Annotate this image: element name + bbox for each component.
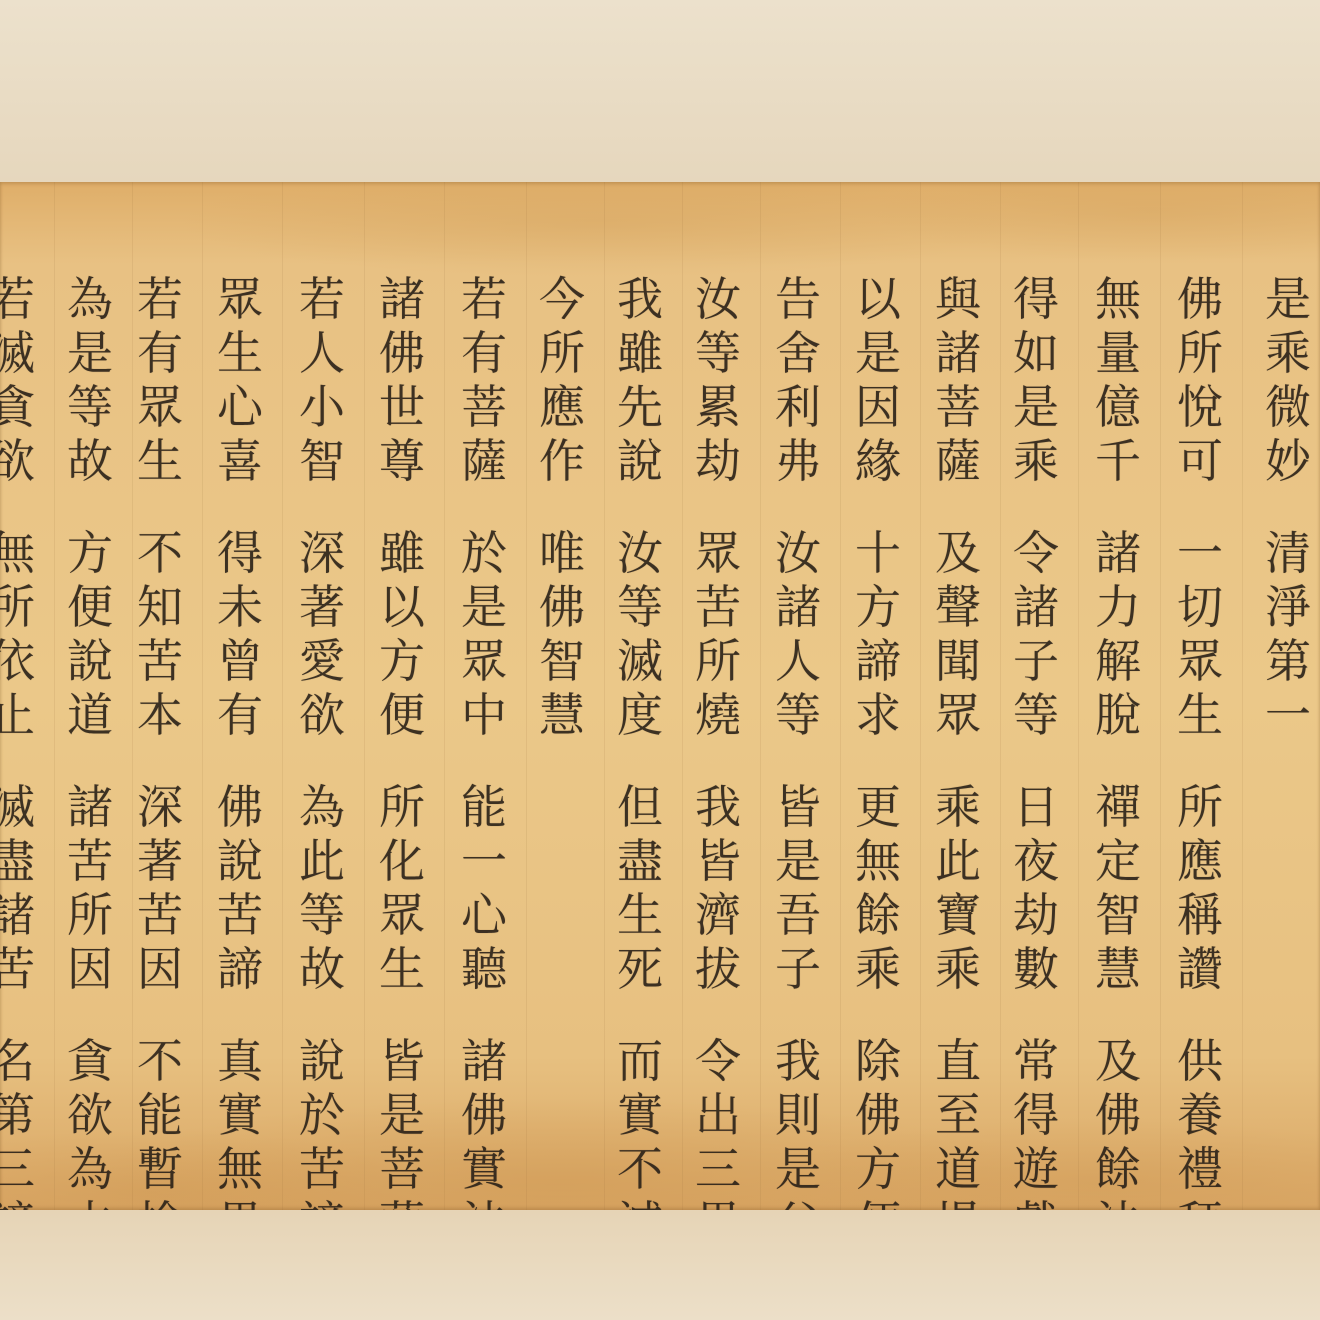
verse-phrase: 汝諸人等 [775, 526, 821, 742]
calligraphy-character: 依 [0, 634, 35, 688]
calligraphy-character: 方 [855, 580, 901, 634]
calligraphy-character: 諸 [379, 272, 425, 326]
calligraphy-character: 累 [695, 380, 741, 434]
calligraphy-character: 微 [1265, 380, 1311, 434]
calligraphy-character: 生 [1177, 688, 1223, 742]
verse-phrase: 雖以方便 [379, 526, 425, 742]
scroll-mount-top [0, 0, 1320, 182]
calligraphy-character: 第 [0, 1088, 35, 1142]
calligraphy-character: 智 [539, 634, 585, 688]
calligraphy-character: 佛 [1177, 272, 1223, 326]
verse-phrase: 告舍利弗 [775, 272, 821, 488]
calligraphy-character: 諦 [217, 942, 263, 996]
verse-phrase: 乘此寶乘 [935, 780, 981, 996]
calligraphy-character: 聽 [461, 942, 507, 996]
calligraphy-character: 欲 [299, 688, 345, 742]
verse-phrase: 若滅貪欲 [0, 272, 35, 488]
column-ruling-line [1160, 182, 1161, 1210]
calligraphy-character: 清 [1265, 526, 1311, 580]
calligraphy-character: 則 [775, 1088, 821, 1142]
calligraphy-character: 我 [695, 780, 741, 834]
verse-phrase: 諸力解脫 [1095, 526, 1141, 742]
verse-phrase: 不知苦本 [137, 526, 183, 742]
calligraphy-character: 我 [617, 272, 663, 326]
calligraphy-character: 小 [299, 380, 345, 434]
calligraphy-character: 生 [137, 434, 183, 488]
calligraphy-character: 汝 [617, 526, 663, 580]
calligraphy-character: 是 [1265, 272, 1311, 326]
calligraphy-character: 禪 [1095, 780, 1141, 834]
calligraphy-character: 令 [1013, 526, 1059, 580]
calligraphy-character: 苦 [217, 888, 263, 942]
column-ruling-line [364, 182, 365, 1210]
calligraphy-character: 說 [67, 634, 113, 688]
text-column: 得如是乘令諸子等日夜劫數常得遊戲 [1001, 272, 1071, 1288]
calligraphy-character: 夜 [1013, 834, 1059, 888]
calligraphy-character: 所 [1177, 326, 1223, 380]
calligraphy-character: 乘 [855, 942, 901, 996]
calligraphy-character: 眾 [217, 272, 263, 326]
column-ruling-line [1000, 182, 1001, 1210]
calligraphy-character: 除 [855, 1034, 901, 1088]
calligraphy-character: 是 [855, 326, 901, 380]
calligraphy-character: 故 [299, 942, 345, 996]
text-column: 無量億千諸力解脫禪定智慧及佛餘法 [1083, 272, 1153, 1288]
verse-phrase: 深著愛欲 [299, 526, 345, 742]
calligraphy-character: 乘 [935, 942, 981, 996]
calligraphy-character: 定 [1095, 834, 1141, 888]
verse-phrase: 得如是乘 [1013, 272, 1059, 488]
calligraphy-character: 薩 [935, 434, 981, 488]
calligraphy-character: 先 [617, 380, 663, 434]
calligraphy-character: 諸 [935, 326, 981, 380]
calligraphy-character: 供 [1177, 1034, 1223, 1088]
calligraphy-character: 千 [1095, 434, 1141, 488]
calligraphy-character: 遊 [1013, 1142, 1059, 1196]
verse-phrase: 一切眾生 [1177, 526, 1223, 742]
verse-phrase: 清淨第一 [1265, 526, 1311, 742]
verse-phrase: 但盡生死 [617, 780, 663, 996]
verse-phrase: 以是因緣 [855, 272, 901, 488]
calligraphy-character: 是 [775, 834, 821, 888]
calligraphy-character: 諸 [67, 780, 113, 834]
calligraphy-character: 等 [695, 326, 741, 380]
calligraphy-character: 不 [617, 1142, 663, 1196]
calligraphy-character: 一 [1177, 526, 1223, 580]
verse-phrase: 諸佛世尊 [379, 272, 425, 488]
text-column: 若有菩薩於是眾中能一心聽諸佛實法 [449, 272, 519, 1288]
verse-phrase: 得未曾有 [217, 526, 263, 742]
calligraphy-character: 為 [67, 1142, 113, 1196]
calligraphy-character: 等 [67, 380, 113, 434]
calligraphy-character: 與 [935, 272, 981, 326]
calligraphy-character: 此 [299, 834, 345, 888]
calligraphy-character: 令 [695, 1034, 741, 1088]
calligraphy-character: 作 [539, 434, 585, 488]
column-ruling-line [526, 182, 527, 1210]
calligraphy-character: 一 [1265, 688, 1311, 742]
calligraphy-character: 實 [217, 1088, 263, 1142]
calligraphy-character: 佛 [461, 1088, 507, 1142]
calligraphy-character: 是 [67, 326, 113, 380]
calligraphy-character: 我 [775, 1034, 821, 1088]
calligraphy-character: 於 [299, 1088, 345, 1142]
verse-phrase: 於是眾中 [461, 526, 507, 742]
verse-phrase: 佛說苦諦 [217, 780, 263, 996]
verse-phrase: 是乘微妙 [1265, 272, 1311, 488]
verse-phrase: 所應稱讚 [1177, 780, 1223, 996]
calligraphy-character: 慧 [1095, 942, 1141, 996]
text-column: 汝等累劫眾苦所燒我皆濟拔令出三界 [683, 272, 753, 1288]
calligraphy-character: 尊 [379, 434, 425, 488]
calligraphy-character: 可 [1177, 434, 1223, 488]
calligraphy-character: 悅 [1177, 380, 1223, 434]
calligraphy-character: 吾 [775, 888, 821, 942]
column-ruling-line [54, 182, 55, 1210]
calligraphy-character: 人 [299, 326, 345, 380]
verse-phrase: 能一心聽 [461, 780, 507, 996]
column-ruling-line [1242, 182, 1243, 1210]
verse-phrase: 十方諦求 [855, 526, 901, 742]
calligraphy-character: 所 [539, 326, 585, 380]
verse-phrase: 所化眾生 [379, 780, 425, 996]
calligraphy-character: 濟 [695, 888, 741, 942]
text-column: 眾生心喜得未曾有佛說苦諦真實無異 [205, 272, 275, 1288]
calligraphy-character: 子 [775, 942, 821, 996]
calligraphy-character: 脫 [1095, 688, 1141, 742]
verse-phrase: 今所應作 [539, 272, 585, 488]
calligraphy-character: 是 [1013, 380, 1059, 434]
calligraphy-character: 度 [617, 688, 663, 742]
calligraphy-character: 知 [137, 580, 183, 634]
calligraphy-character: 無 [1095, 272, 1141, 326]
column-ruling-line [682, 182, 683, 1210]
calligraphy-character: 所 [67, 888, 113, 942]
calligraphy-character: 因 [855, 380, 901, 434]
verse-phrase: 令諸子等 [1013, 526, 1059, 742]
calligraphy-character: 因 [137, 942, 183, 996]
calligraphy-character: 實 [461, 1142, 507, 1196]
calligraphy-character: 皆 [775, 780, 821, 834]
calligraphy-character: 眾 [695, 526, 741, 580]
calligraphy-character: 滅 [0, 326, 35, 380]
calligraphy-character: 餘 [855, 888, 901, 942]
calligraphy-character: 日 [1013, 780, 1059, 834]
calligraphy-character: 第 [1265, 634, 1311, 688]
text-column: 為是等故方便說道諸苦所因貪欲為本 [55, 272, 125, 1288]
calligraphy-character: 應 [1177, 834, 1223, 888]
text-column: 我雖先說汝等滅度但盡生死而實不滅 [605, 272, 675, 1288]
calligraphy-character: 至 [935, 1088, 981, 1142]
calligraphy-character: 方 [67, 526, 113, 580]
calligraphy-character: 利 [775, 380, 821, 434]
calligraphy-character: 直 [935, 1034, 981, 1088]
calligraphy-character: 不 [137, 1034, 183, 1088]
calligraphy-character: 等 [775, 688, 821, 742]
calligraphy-character: 汝 [775, 526, 821, 580]
verse-phrase: 更無餘乘 [855, 780, 901, 996]
column-ruling-line [132, 182, 133, 1210]
calligraphy-character: 雖 [617, 326, 663, 380]
calligraphy-character: 苦 [67, 834, 113, 888]
calligraphy-character: 為 [67, 272, 113, 326]
calligraphy-character: 乘 [1013, 434, 1059, 488]
verse-phrase: 與諸菩薩 [935, 272, 981, 488]
column-ruling-line [1078, 182, 1079, 1210]
calligraphy-character: 常 [1013, 1034, 1059, 1088]
calligraphy-character: 得 [1013, 1088, 1059, 1142]
calligraphy-character: 緣 [855, 434, 901, 488]
verse-phrase: 我雖先說 [617, 272, 663, 488]
calligraphy-character: 弗 [775, 434, 821, 488]
verse-phrase: 若有眾生 [137, 272, 183, 488]
calligraphy-character: 佛 [539, 580, 585, 634]
calligraphy-character: 汝 [695, 272, 741, 326]
calligraphy-character: 智 [299, 434, 345, 488]
calligraphy-character: 所 [379, 780, 425, 834]
calligraphy-character: 死 [617, 942, 663, 996]
calligraphy-character: 諸 [1013, 580, 1059, 634]
calligraphy-character: 佛 [379, 326, 425, 380]
calligraphy-character: 但 [617, 780, 663, 834]
calligraphy-character: 能 [137, 1088, 183, 1142]
column-ruling-line [760, 182, 761, 1210]
calligraphy-character: 盡 [617, 834, 663, 888]
verse-phrase: 無量億千 [1095, 272, 1141, 488]
calligraphy-character: 智 [1095, 888, 1141, 942]
calligraphy-character: 菩 [379, 1142, 425, 1196]
column-ruling-line [604, 182, 605, 1210]
calligraphy-character: 方 [379, 634, 425, 688]
verse-phrase: 唯佛智慧 [539, 526, 585, 742]
calligraphy-character: 苦 [0, 942, 35, 996]
calligraphy-character: 求 [855, 688, 901, 742]
calligraphy-character: 滅 [0, 780, 35, 834]
calligraphy-character: 不 [137, 526, 183, 580]
calligraphy-character: 乘 [1265, 326, 1311, 380]
verse-phrase: 汝等累劫 [695, 272, 741, 488]
calligraphy-character: 滅 [617, 634, 663, 688]
calligraphy-character: 菩 [461, 380, 507, 434]
calligraphy-character: 拔 [695, 942, 741, 996]
calligraphy-character: 十 [855, 526, 901, 580]
calligraphy-character: 等 [299, 888, 345, 942]
calligraphy-character: 淨 [1265, 580, 1311, 634]
text-column: 今所應作唯佛智慧 [527, 272, 597, 780]
calligraphy-character: 諸 [775, 580, 821, 634]
calligraphy-character: 故 [67, 434, 113, 488]
calligraphy-character: 苦 [137, 634, 183, 688]
calligraphy-character: 等 [617, 580, 663, 634]
calligraphy-character: 寶 [935, 888, 981, 942]
calligraphy-character: 貪 [67, 1034, 113, 1088]
calligraphy-character: 聲 [935, 580, 981, 634]
calligraphy-character: 是 [461, 580, 507, 634]
calligraphy-character: 三 [695, 1142, 741, 1196]
calligraphy-character: 是 [379, 1088, 425, 1142]
calligraphy-character: 應 [539, 380, 585, 434]
calligraphy-character: 此 [935, 834, 981, 888]
calligraphy-character: 愛 [299, 634, 345, 688]
calligraphy-character: 以 [855, 272, 901, 326]
calligraphy-character: 三 [0, 1142, 35, 1196]
calligraphy-character: 告 [775, 272, 821, 326]
calligraphy-character: 盡 [0, 834, 35, 888]
calligraphy-character: 無 [217, 1142, 263, 1196]
calligraphy-character: 出 [695, 1088, 741, 1142]
calligraphy-character: 切 [1177, 580, 1223, 634]
calligraphy-character: 道 [67, 688, 113, 742]
calligraphy-character: 說 [299, 1034, 345, 1088]
calligraphy-character: 餘 [1095, 1142, 1141, 1196]
calligraphy-character: 諸 [1095, 526, 1141, 580]
verse-phrase: 若有菩薩 [461, 272, 507, 488]
verse-phrase: 無所依止 [0, 526, 35, 742]
text-column: 與諸菩薩及聲聞眾乘此寶乘直至道場 [923, 272, 993, 1288]
calligraphy-character: 無 [0, 526, 35, 580]
calligraphy-character: 子 [1013, 634, 1059, 688]
calligraphy-character: 更 [855, 780, 901, 834]
calligraphy-character: 乘 [935, 780, 981, 834]
text-column: 若人小智深著愛欲為此等故說於苦諦 [287, 272, 357, 1288]
calligraphy-character: 聞 [935, 634, 981, 688]
calligraphy-character: 佛 [217, 780, 263, 834]
calligraphy-character: 本 [137, 688, 183, 742]
calligraphy-character: 量 [1095, 326, 1141, 380]
verse-phrase: 眾生心喜 [217, 272, 263, 488]
column-ruling-line [444, 182, 445, 1210]
calligraphy-character: 著 [137, 834, 183, 888]
calligraphy-character: 眾 [461, 634, 507, 688]
calligraphy-character: 實 [617, 1088, 663, 1142]
calligraphy-character: 是 [775, 1142, 821, 1196]
calligraphy-character: 燒 [695, 688, 741, 742]
calligraphy-character: 道 [935, 1142, 981, 1196]
calligraphy-character: 佛 [1095, 1088, 1141, 1142]
calligraphy-character: 億 [1095, 380, 1141, 434]
calligraphy-character: 生 [617, 888, 663, 942]
calligraphy-character: 舍 [775, 326, 821, 380]
calligraphy-character: 讚 [1177, 942, 1223, 996]
calligraphy-character: 人 [775, 634, 821, 688]
calligraphy-character: 等 [1013, 688, 1059, 742]
verse-phrase: 汝等滅度 [617, 526, 663, 742]
text-column: 若有眾生不知苦本深著苦因不能暫捨 [125, 272, 195, 1288]
verse-phrase: 為此等故 [299, 780, 345, 996]
text-column: 諸佛世尊雖以方便所化眾生皆是菩薩 [367, 272, 437, 1288]
verse-phrase: 及聲聞眾 [935, 526, 981, 742]
verse-phrase: 滅盡諸苦 [0, 780, 35, 996]
calligraphy-character: 以 [379, 580, 425, 634]
calligraphy-character: 薩 [461, 434, 507, 488]
calligraphy-character: 世 [379, 380, 425, 434]
calligraphy-character: 說 [217, 834, 263, 888]
calligraphy-character: 無 [855, 834, 901, 888]
text-column: 告舍利弗汝諸人等皆是吾子我則是父 [763, 272, 833, 1288]
calligraphy-character: 心 [217, 380, 263, 434]
verse-phrase: 佛所悅可 [1177, 272, 1223, 488]
verse-phrase: 皆是吾子 [775, 780, 821, 996]
calligraphy-character: 數 [1013, 942, 1059, 996]
calligraphy-character: 有 [217, 688, 263, 742]
calligraphy-character: 止 [0, 688, 35, 742]
calligraphy-character: 得 [1013, 272, 1059, 326]
calligraphy-character: 劫 [695, 434, 741, 488]
calligraphy-character: 若 [461, 272, 507, 326]
text-column: 是乘微妙清淨第一 [1253, 272, 1320, 780]
calligraphy-character: 未 [217, 580, 263, 634]
calligraphy-character: 養 [1177, 1088, 1223, 1142]
calligraphy-character: 力 [1095, 580, 1141, 634]
calligraphy-character: 若 [137, 272, 183, 326]
calligraphy-character: 稱 [1177, 888, 1223, 942]
calligraphy-character: 諸 [461, 1034, 507, 1088]
calligraphy-character: 暫 [137, 1142, 183, 1196]
calligraphy-character: 苦 [695, 580, 741, 634]
calligraphy-character: 說 [617, 434, 663, 488]
calligraphy-character: 妙 [1265, 434, 1311, 488]
verse-phrase: 若人小智 [299, 272, 345, 488]
calligraphy-character: 真 [217, 1034, 263, 1088]
calligraphy-character: 眾 [379, 888, 425, 942]
calligraphy-character: 一 [461, 834, 507, 888]
verse-phrase: 諸苦所因 [67, 780, 113, 996]
calligraphy-character: 名 [0, 1034, 35, 1088]
sutra-scroll-paper: 是乘微妙清淨第一佛所悅可一切眾生所應稱讚供養禮拜無量億千諸力解脫禪定智慧及佛餘法… [0, 182, 1320, 1210]
scroll-mount-bottom [0, 1210, 1320, 1320]
calligraphy-character: 生 [379, 942, 425, 996]
calligraphy-character: 唯 [539, 526, 585, 580]
calligraphy-character: 眾 [935, 688, 981, 742]
calligraphy-character: 佛 [855, 1088, 901, 1142]
verse-phrase: 日夜劫數 [1013, 780, 1059, 996]
column-ruling-line [202, 182, 203, 1210]
calligraphy-character: 劫 [1013, 888, 1059, 942]
calligraphy-character: 因 [67, 942, 113, 996]
calligraphy-character: 及 [1095, 1034, 1141, 1088]
verse-phrase: 深著苦因 [137, 780, 183, 996]
calligraphy-character: 及 [935, 526, 981, 580]
verse-phrase: 方便說道 [67, 526, 113, 742]
verse-phrase: 我皆濟拔 [695, 780, 741, 996]
calligraphy-character: 方 [855, 1142, 901, 1196]
calligraphy-character: 諸 [0, 888, 35, 942]
calligraphy-character: 雖 [379, 526, 425, 580]
calligraphy-character: 菩 [935, 380, 981, 434]
calligraphy-character: 所 [0, 580, 35, 634]
column-ruling-line [920, 182, 921, 1210]
calligraphy-character: 曾 [217, 634, 263, 688]
verse-phrase: 為是等故 [67, 272, 113, 488]
calligraphy-character: 解 [1095, 634, 1141, 688]
calligraphy-character: 所 [1177, 780, 1223, 834]
calligraphy-character: 眾 [137, 380, 183, 434]
calligraphy-character: 為 [299, 780, 345, 834]
calligraphy-character: 今 [539, 272, 585, 326]
calligraphy-character: 欲 [0, 434, 35, 488]
calligraphy-character: 諦 [855, 634, 901, 688]
text-column: 佛所悅可一切眾生所應稱讚供養禮拜 [1165, 272, 1235, 1288]
calligraphy-character: 中 [461, 688, 507, 742]
calligraphy-character: 生 [217, 326, 263, 380]
calligraphy-character: 若 [0, 272, 35, 326]
calligraphy-character: 如 [1013, 326, 1059, 380]
calligraphy-character: 皆 [379, 1034, 425, 1088]
calligraphy-character: 禮 [1177, 1142, 1223, 1196]
verse-phrase: 禪定智慧 [1095, 780, 1141, 996]
verse-phrase: 眾苦所燒 [695, 526, 741, 742]
calligraphy-character: 心 [461, 888, 507, 942]
